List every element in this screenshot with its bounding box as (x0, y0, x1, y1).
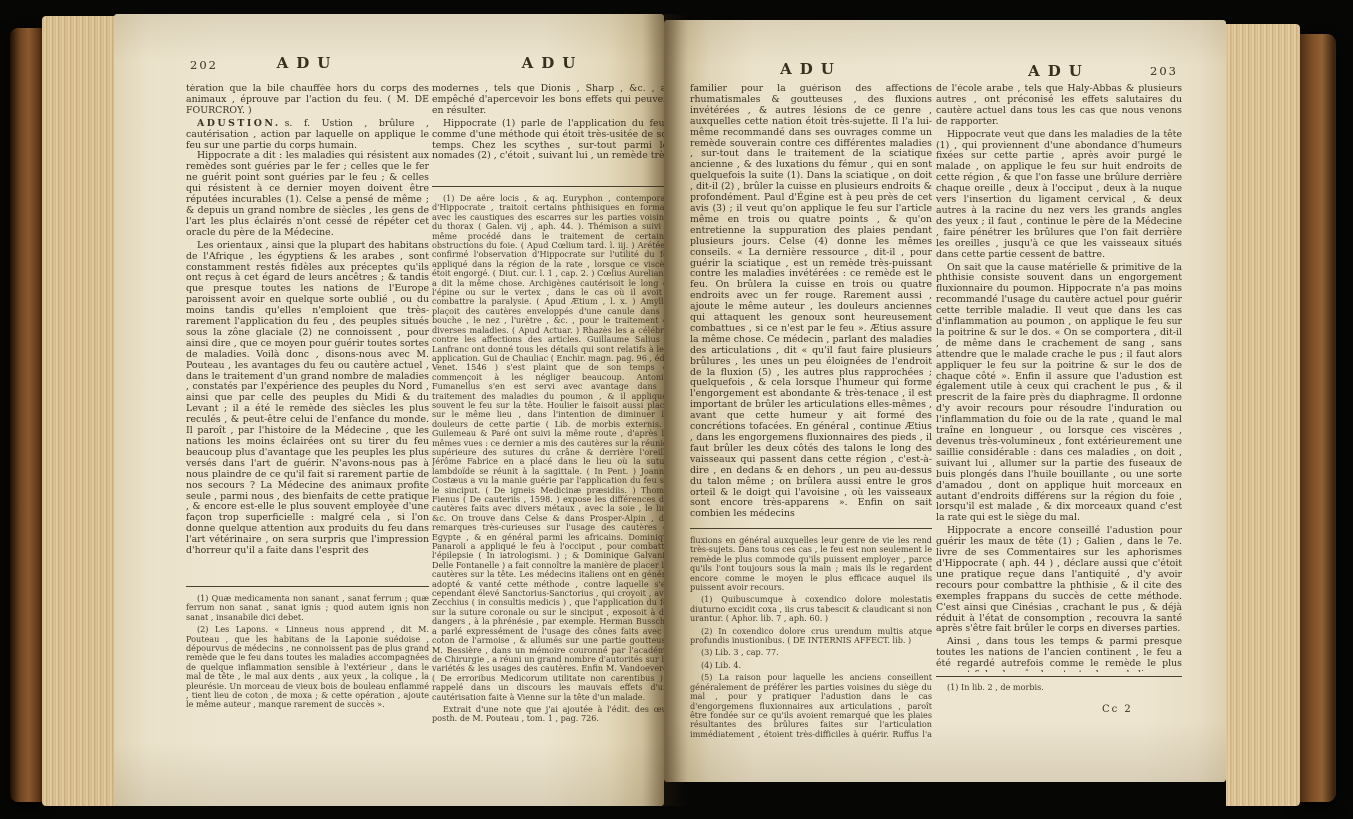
paragraph: Hippocrate veut que dans les maladies de… (936, 130, 1182, 261)
paragraph: Hippocrate a dit : les maladies qui rési… (186, 151, 429, 238)
paragraph: (5) La raison pour laquelle les anciens … (690, 673, 932, 738)
footnote-rule (936, 676, 1182, 677)
paragraph: On sait que la cause matérielle & primit… (936, 263, 1182, 525)
paragraph: familier pour la guérison des affections… (690, 84, 932, 520)
running-head-right-col1: ADU (690, 60, 932, 78)
right-col1-main-text: familier pour la guérison des affections… (690, 84, 932, 524)
running-head-left-col2: ADU (432, 54, 673, 72)
footnote-rule (690, 528, 932, 529)
right-page: ADU ADU 203 familier pour la guérison de… (664, 20, 1226, 782)
book-photo: 202 ADU ADU tération que la bile chauffé… (0, 0, 1353, 819)
paragraph: Les orientaux , ainsi que la plupart des… (186, 241, 429, 557)
entry-headword: ADUSTION. (197, 118, 281, 129)
paragraph: (1) De aëre locis , & aq. Euryphon , con… (432, 194, 673, 702)
left-col2-footnotes: (1) De aëre locis , & aq. Euryphon , con… (432, 194, 673, 726)
page-number-right: 203 (1150, 64, 1178, 78)
paragraph: (2) Les Lapons. « Linneus nous apprend ,… (186, 625, 429, 710)
paragraph: (1) Quibuscumque à coxendico dolore mole… (690, 595, 932, 623)
paragraph: de l'école arabe , tels que Haly-Abbas &… (936, 84, 1182, 128)
entry-paragraph: ADUSTION.s. f. Ustion , brûlure , cautér… (186, 119, 429, 152)
paragraph: (1) In lib. 2 , de morbis. (936, 683, 1182, 692)
left-col1-footnotes: (1) Quæ medicamenta non sanant , sanat f… (186, 594, 429, 746)
paragraph: (2) In coxendico dolore crus urendum mul… (690, 627, 932, 646)
page-stack-fore-edge-left (42, 16, 116, 806)
right-col1-footnotes: fluxions en général auxquelles leur genr… (690, 536, 932, 738)
book-cover-left-edge (10, 28, 44, 802)
paragraph: Hippocrate (1) parle de l'application du… (432, 119, 673, 163)
right-col2-footnotes: (1) In lib. 2 , de morbis. (936, 683, 1182, 705)
paragraph: (1) Quæ medicamenta non sanant , sanat f… (186, 594, 429, 622)
paragraph: (3) Lib. 3 , cap. 77. (690, 648, 932, 657)
signature-mark: Cc 2 (1102, 704, 1133, 715)
page-stack-fore-edge-right (1226, 24, 1300, 806)
left-col1-main-text: tération que la bile chauffée hors du co… (186, 84, 429, 582)
paragraph: Ainsi , dans tous les temps & parmi pres… (936, 637, 1182, 672)
running-head-right-col2: ADU (936, 62, 1182, 80)
paragraph: Extrait d'une note que j'ai ajoutée à l'… (432, 705, 673, 724)
running-head-left-col1: ADU (186, 54, 429, 72)
book-cover-right-edge (1296, 34, 1336, 802)
left-col2-main-text: modernes , tels que Dionis , Sharp , &c.… (432, 84, 673, 184)
paragraph: tération que la bile chauffée hors du co… (186, 84, 429, 117)
paragraph: (4) Lib. 4. (690, 661, 932, 670)
right-col2-main-text: de l'école arabe , tels que Haly-Abbas &… (936, 84, 1182, 672)
paragraph-list: Hippocrate a dit : les maladies qui rési… (186, 151, 429, 557)
paragraph: Hippocrate a encore conseillé l'adustion… (936, 526, 1182, 635)
left-page: 202 ADU ADU tération que la bile chauffé… (114, 14, 664, 806)
footnote-rule (186, 586, 429, 587)
paragraph: modernes , tels que Dionis , Sharp , &c.… (432, 84, 673, 117)
paragraph: fluxions en général auxquelles leur genr… (690, 536, 932, 592)
footnote-rule (432, 186, 673, 187)
